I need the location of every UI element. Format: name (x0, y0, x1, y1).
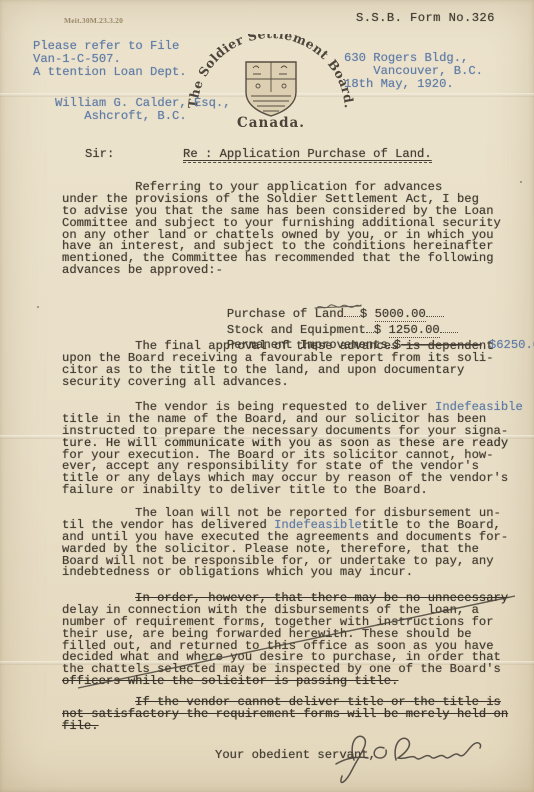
text-line: officers while the solicitor is passing … (62, 676, 508, 688)
form-number: S.S.B. Form No.326 (356, 11, 495, 25)
text-line: indebtedness or obligations which you ma… (62, 567, 508, 579)
signature-handwriting (318, 730, 493, 790)
text-line: security covering all advances. (62, 377, 494, 389)
origin-address-block: 630 Rogers Bldg., Vancouver, B.C. 18th M… (344, 52, 483, 92)
file-reference-block: Please refer to File Van-1-C-507. A tten… (33, 40, 187, 80)
subject-line: Re : Application Purchase of Land. (183, 147, 432, 163)
paragraph-5-crossed-out: In order, however, that there may be no … (62, 593, 508, 688)
recipient-block: William G. Calder, Esq., Ashcroft, B.C. (55, 97, 231, 123)
letter-date: 18th May, 1920. (344, 78, 483, 91)
print-code: Meit.30M.23.3.20 (64, 16, 123, 25)
total-amount: $6250.00 (489, 338, 534, 352)
recipient-city: Ashcroft, B.C. (55, 110, 231, 123)
paragraph-1: Referring to your application for advanc… (62, 182, 501, 277)
struck-text: file. (62, 719, 99, 733)
letter-page: Meit.30M.23.3.20 S.S.B. Form No.326 Plea… (0, 0, 534, 792)
amount-value: 5000.00 (375, 307, 426, 322)
text-line: not satisfactory the requirement forms w… (62, 709, 508, 721)
text-line: advances be approved:- (62, 265, 501, 277)
paragraph-3: The vendor is being requested to deliver… (62, 402, 523, 497)
amount-value: 1250.00 (389, 323, 440, 338)
attention-line: A ttention Loan Dept. (33, 66, 187, 79)
paragraph-2: The final approval of these advances is … (62, 341, 494, 389)
amount-label: Stock and Equipment (227, 323, 366, 337)
struck-text: officers while the solicitor is passing … (62, 674, 398, 688)
paragraph-6-crossed-out: If the vendor cannot deliver title or th… (62, 697, 508, 733)
paper-speck (37, 306, 39, 308)
paragraph-4: The loan will not be reported for disbur… (62, 508, 508, 579)
handwritten-annotation (314, 300, 362, 314)
struck-text: not satisfactory the requirement forms w… (62, 707, 508, 721)
salutation: Sir: (85, 147, 114, 161)
text-line: failure or inabilty to deliver title to … (62, 485, 523, 497)
crest-shield-icon (246, 62, 296, 116)
paper-speck (520, 181, 522, 183)
